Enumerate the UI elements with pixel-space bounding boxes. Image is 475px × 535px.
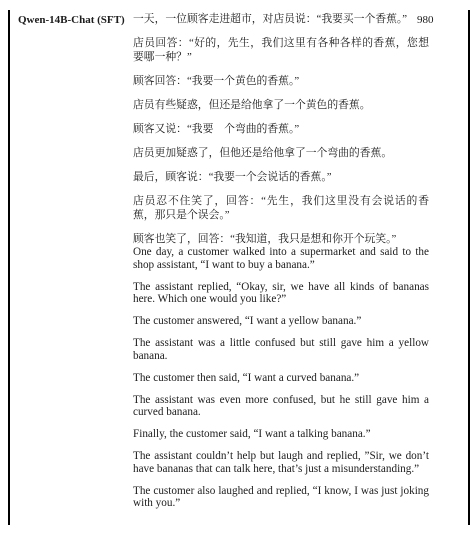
paragraph: The customer then said, “I want a curved… — [133, 372, 429, 385]
paper-table-row: Qwen-14B-Chat (SFT) 980 一天，一位顾客走进超市，对店员说… — [0, 0, 475, 535]
paragraph: 顾客也笑了，回答：“我知道，我只是想和你开个玩笑。” — [133, 232, 429, 246]
table-left-border — [8, 10, 10, 525]
paragraph: The assistant was a little confused but … — [133, 337, 429, 362]
paragraph: One day, a customer walked into a superm… — [133, 246, 429, 271]
paragraph: The customer answered, “I want a yellow … — [133, 315, 429, 328]
model-response-column: 一天，一位顾客走进超市，对店员说：“我要买一个香蕉。”店员回答：“好的，先生，我… — [133, 12, 429, 510]
paragraph: 店员更加疑惑了，但他还是给他拿了一个弯曲的香蕉。 — [133, 146, 429, 160]
paragraph: 一天，一位顾客走进超市，对店员说：“我要买一个香蕉。” — [133, 12, 429, 26]
table-right-border — [468, 10, 470, 525]
paragraph: 店员有些疑惑，但还是给他拿了一个黄色的香蕉。 — [133, 98, 429, 112]
paragraph: 最后，顾客说：“我要一个会说话的香蕉。” — [133, 170, 429, 184]
chinese-response-block: 一天，一位顾客走进超市，对店员说：“我要买一个香蕉。”店员回答：“好的，先生，我… — [133, 12, 429, 246]
paragraph: Finally, the customer said, “I want a ta… — [133, 428, 429, 441]
paragraph: 顾客回答：“我要一个黄色的香蕉。” — [133, 74, 429, 88]
paragraph: The assistant couldn’t help but laugh an… — [133, 450, 429, 475]
paragraph: 店员回答：“好的，先生，我们这里有各种各样的香蕉，您想要哪一种？” — [133, 36, 429, 64]
paragraph: 店员忍不住笑了，回答：“先生，我们这里没有会说话的香蕉，那只是个误会。” — [133, 194, 429, 222]
paragraph: 顾客又说：“我要 个弯曲的香蕉。” — [133, 122, 429, 136]
paragraph: The assistant replied, “Okay, sir, we ha… — [133, 281, 429, 306]
paragraph: The assistant was even more confused, bu… — [133, 394, 429, 419]
paragraph: The customer also laughed and replied, “… — [133, 485, 429, 510]
model-name-label: Qwen-14B-Chat (SFT) — [18, 13, 130, 27]
english-translation-block: One day, a customer walked into a superm… — [133, 246, 429, 510]
